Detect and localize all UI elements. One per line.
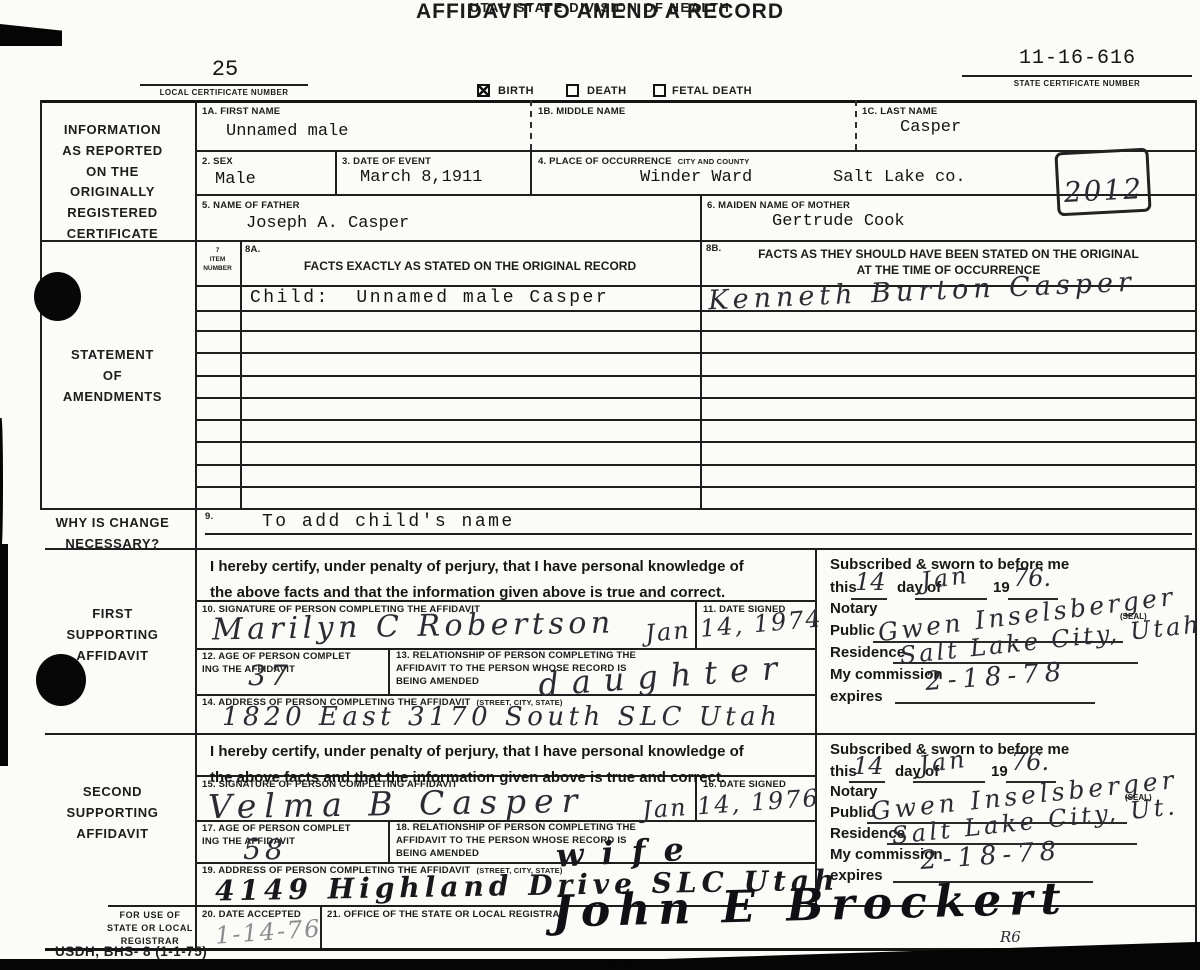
fetal-death-checkbox-label: FETAL DEATH: [672, 85, 752, 97]
date-accepted-handwriting: 1-14-76: [214, 916, 322, 947]
public-word-2: Public: [830, 804, 875, 821]
amendment-empty-row: [195, 466, 1197, 488]
amendment-empty-row: [195, 421, 1197, 443]
place-label-sub: CITY AND COUNTY: [678, 157, 750, 166]
place-city-value: Winder Ward: [640, 168, 752, 187]
rule-line: [335, 150, 337, 194]
last-name-value: Casper: [900, 118, 961, 137]
certify-line2: the above facts and that the information…: [210, 584, 725, 601]
mother-name-value: Gertrude Cook: [772, 212, 905, 231]
date-stamp-box: 2012: [1054, 148, 1151, 217]
amendment-empty-row: [195, 332, 1197, 354]
state-certificate-rule: [962, 75, 1192, 77]
signature-1-handwriting: Marilyn C Robertson: [212, 608, 615, 645]
age-2-handwriting: 58: [235, 836, 295, 864]
sex-value: Male: [215, 170, 256, 189]
state-certificate-label: STATE CERTIFICATE NUMBER: [962, 79, 1192, 88]
why-entry-rule: [205, 533, 1192, 535]
section-label-registrar-use: FOR USE OF STATE OR LOCAL REGISTRAR: [100, 909, 200, 948]
scan-edge-artifact: [0, 544, 8, 766]
item-number-column-header: 7 ITEM NUMBER: [195, 247, 240, 273]
death-checkbox-label: DEATH: [587, 85, 627, 97]
section-label-why: WHY IS CHANGE NECESSARY?: [30, 513, 195, 555]
amendment-empty-row: [195, 354, 1197, 376]
date-stamp-value: 2012: [1059, 175, 1148, 208]
first-name-value: Unnamed male: [226, 122, 348, 141]
place-of-occurrence-label: 4. PLACE OF OCCURRENCECITY AND COUNTY: [538, 156, 749, 169]
place-label-main: 4. PLACE OF OCCURRENCE: [538, 156, 672, 167]
mother-name-label: 6. MAIDEN NAME OF MOTHER: [707, 200, 850, 213]
rule-line: [388, 820, 390, 862]
rule-line: [195, 694, 815, 696]
birth-checkbox-label: BIRTH: [498, 85, 534, 97]
sworn-year-1-handwriting: 76.: [1013, 566, 1051, 590]
blank-rule: [895, 702, 1095, 704]
section-label-second-affidavit: SECOND SUPPORTING AFFIDAVIT: [30, 782, 195, 844]
amendment-empty-row: [195, 443, 1197, 465]
rule-line: [40, 240, 1197, 242]
amendment-empty-row: [195, 310, 1197, 332]
certify-line1: I hereby certify, under penalty of perju…: [210, 558, 744, 575]
date-of-event-label: 3. DATE OF EVENT: [342, 156, 431, 169]
rule-line: [530, 100, 532, 150]
sworn-year-2-handwriting: 76.: [1011, 750, 1049, 774]
registrar-office-label: 21. OFFICE OF THE STATE OR LOCAL REGISTR…: [327, 909, 567, 922]
rule-line: [195, 194, 1197, 196]
sworn-month-1-handwriting: Jan: [920, 563, 971, 594]
residence-label-1: Residence: [830, 644, 905, 661]
age-1-handwriting: 37: [240, 662, 300, 690]
col-8a-header: FACTS EXACTLY AS STATED ON THE ORIGINAL …: [240, 258, 700, 274]
amendment-empty-rows: [195, 310, 1197, 508]
notary-word-1: Notary: [830, 600, 878, 617]
father-name-label: 5. NAME OF FATHER: [202, 200, 300, 213]
why-change-number: 9.: [205, 511, 213, 524]
state-certificate-number: 11-16-616: [965, 47, 1190, 70]
hole-punch-mark: [34, 272, 81, 321]
hole-punch-mark: [36, 654, 86, 706]
rule-line: [855, 100, 857, 150]
date-signed-1-handwriting: Jan 14, 1974: [644, 606, 823, 645]
rule-line: [195, 100, 197, 948]
local-certificate-label: LOCAL CERTIFICATE NUMBER: [125, 88, 323, 97]
sworn-month-2-handwriting: Jan: [918, 747, 969, 778]
rule-line: [530, 150, 532, 194]
expires-1-handwriting: 2-18-78: [924, 659, 1068, 695]
middle-name-label: 1B. MIDDLE NAME: [538, 106, 625, 119]
registrar-signature-mark: R6: [1000, 930, 1021, 945]
sworn-day-2-handwriting: 14: [853, 754, 884, 778]
registrar-signature-handwriting: John E Brockert: [552, 877, 1070, 935]
certification-text-1: I hereby certify, under penalty of perju…: [210, 554, 805, 607]
fetal-death-checkbox: [653, 84, 666, 97]
form-number: USDH, BHS- 8 (1-1-75): [55, 944, 207, 959]
section-label-statement: STATEMENT OF AMENDMENTS: [30, 345, 195, 407]
scan-corner-artifact: [0, 24, 62, 46]
scan-edge-artifact: [0, 418, 3, 548]
birth-checkbox: [477, 84, 490, 97]
blank-rule: [915, 598, 987, 600]
col-8a-number: 8A.: [245, 244, 260, 257]
expires-word-1: expires: [830, 688, 883, 705]
amendment-empty-row: [195, 488, 1197, 508]
sworn-day-1-handwriting: 14: [855, 570, 886, 594]
signature-2-handwriting: Velma B Casper: [208, 784, 586, 824]
local-certificate-number: 25: [145, 57, 305, 82]
rule-line: [40, 508, 1197, 510]
scan-bottom-wedge-artifact: [600, 938, 1200, 970]
section-label-original-info: INFORMATION AS REPORTED ON THE ORIGINALL…: [30, 120, 195, 245]
this-word-1: this: [830, 579, 857, 596]
year-prefix-1: 19: [993, 579, 1010, 596]
amendment-original-fact: Child: Unnamed male Casper: [250, 288, 609, 308]
certify-line1-b: I hereby certify, under penalty of perju…: [210, 743, 744, 760]
expires-2-handwriting: 2-18-78: [919, 838, 1063, 874]
notary-block-1: Subscribed & sworn to before me this 14 …: [815, 548, 1197, 733]
address-1-handwriting: 1820 East 3170 South SLC Utah: [222, 704, 781, 730]
first-name-label: 1A. FIRST NAME: [202, 106, 280, 119]
page-title: AFFIDAVIT TO AMEND A RECORD: [0, 0, 1200, 24]
amendment-empty-row: [195, 377, 1197, 399]
blank-rule: [913, 781, 985, 783]
rule-line: [195, 150, 1197, 152]
last-name-label: 1C. LAST NAME: [862, 106, 937, 119]
rule-line: [388, 648, 390, 694]
rule-line: [40, 100, 1197, 103]
public-word-1: Public: [830, 622, 875, 639]
why-change-value: To add child's name: [262, 512, 515, 532]
affidavit-form-scan: UTAH STATE DIVISION OF HEALTH AFFIDAVIT …: [0, 0, 1200, 970]
father-name-value: Joseph A. Casper: [246, 214, 409, 233]
place-county-value: Salt Lake co.: [833, 168, 966, 187]
sex-label: 2. SEX: [202, 156, 233, 169]
year-prefix-2: 19: [991, 763, 1008, 780]
date-of-event-value: March 8,1911: [360, 168, 482, 187]
local-certificate-rule: [140, 84, 308, 86]
amendment-empty-row: [195, 399, 1197, 421]
death-checkbox: [566, 84, 579, 97]
